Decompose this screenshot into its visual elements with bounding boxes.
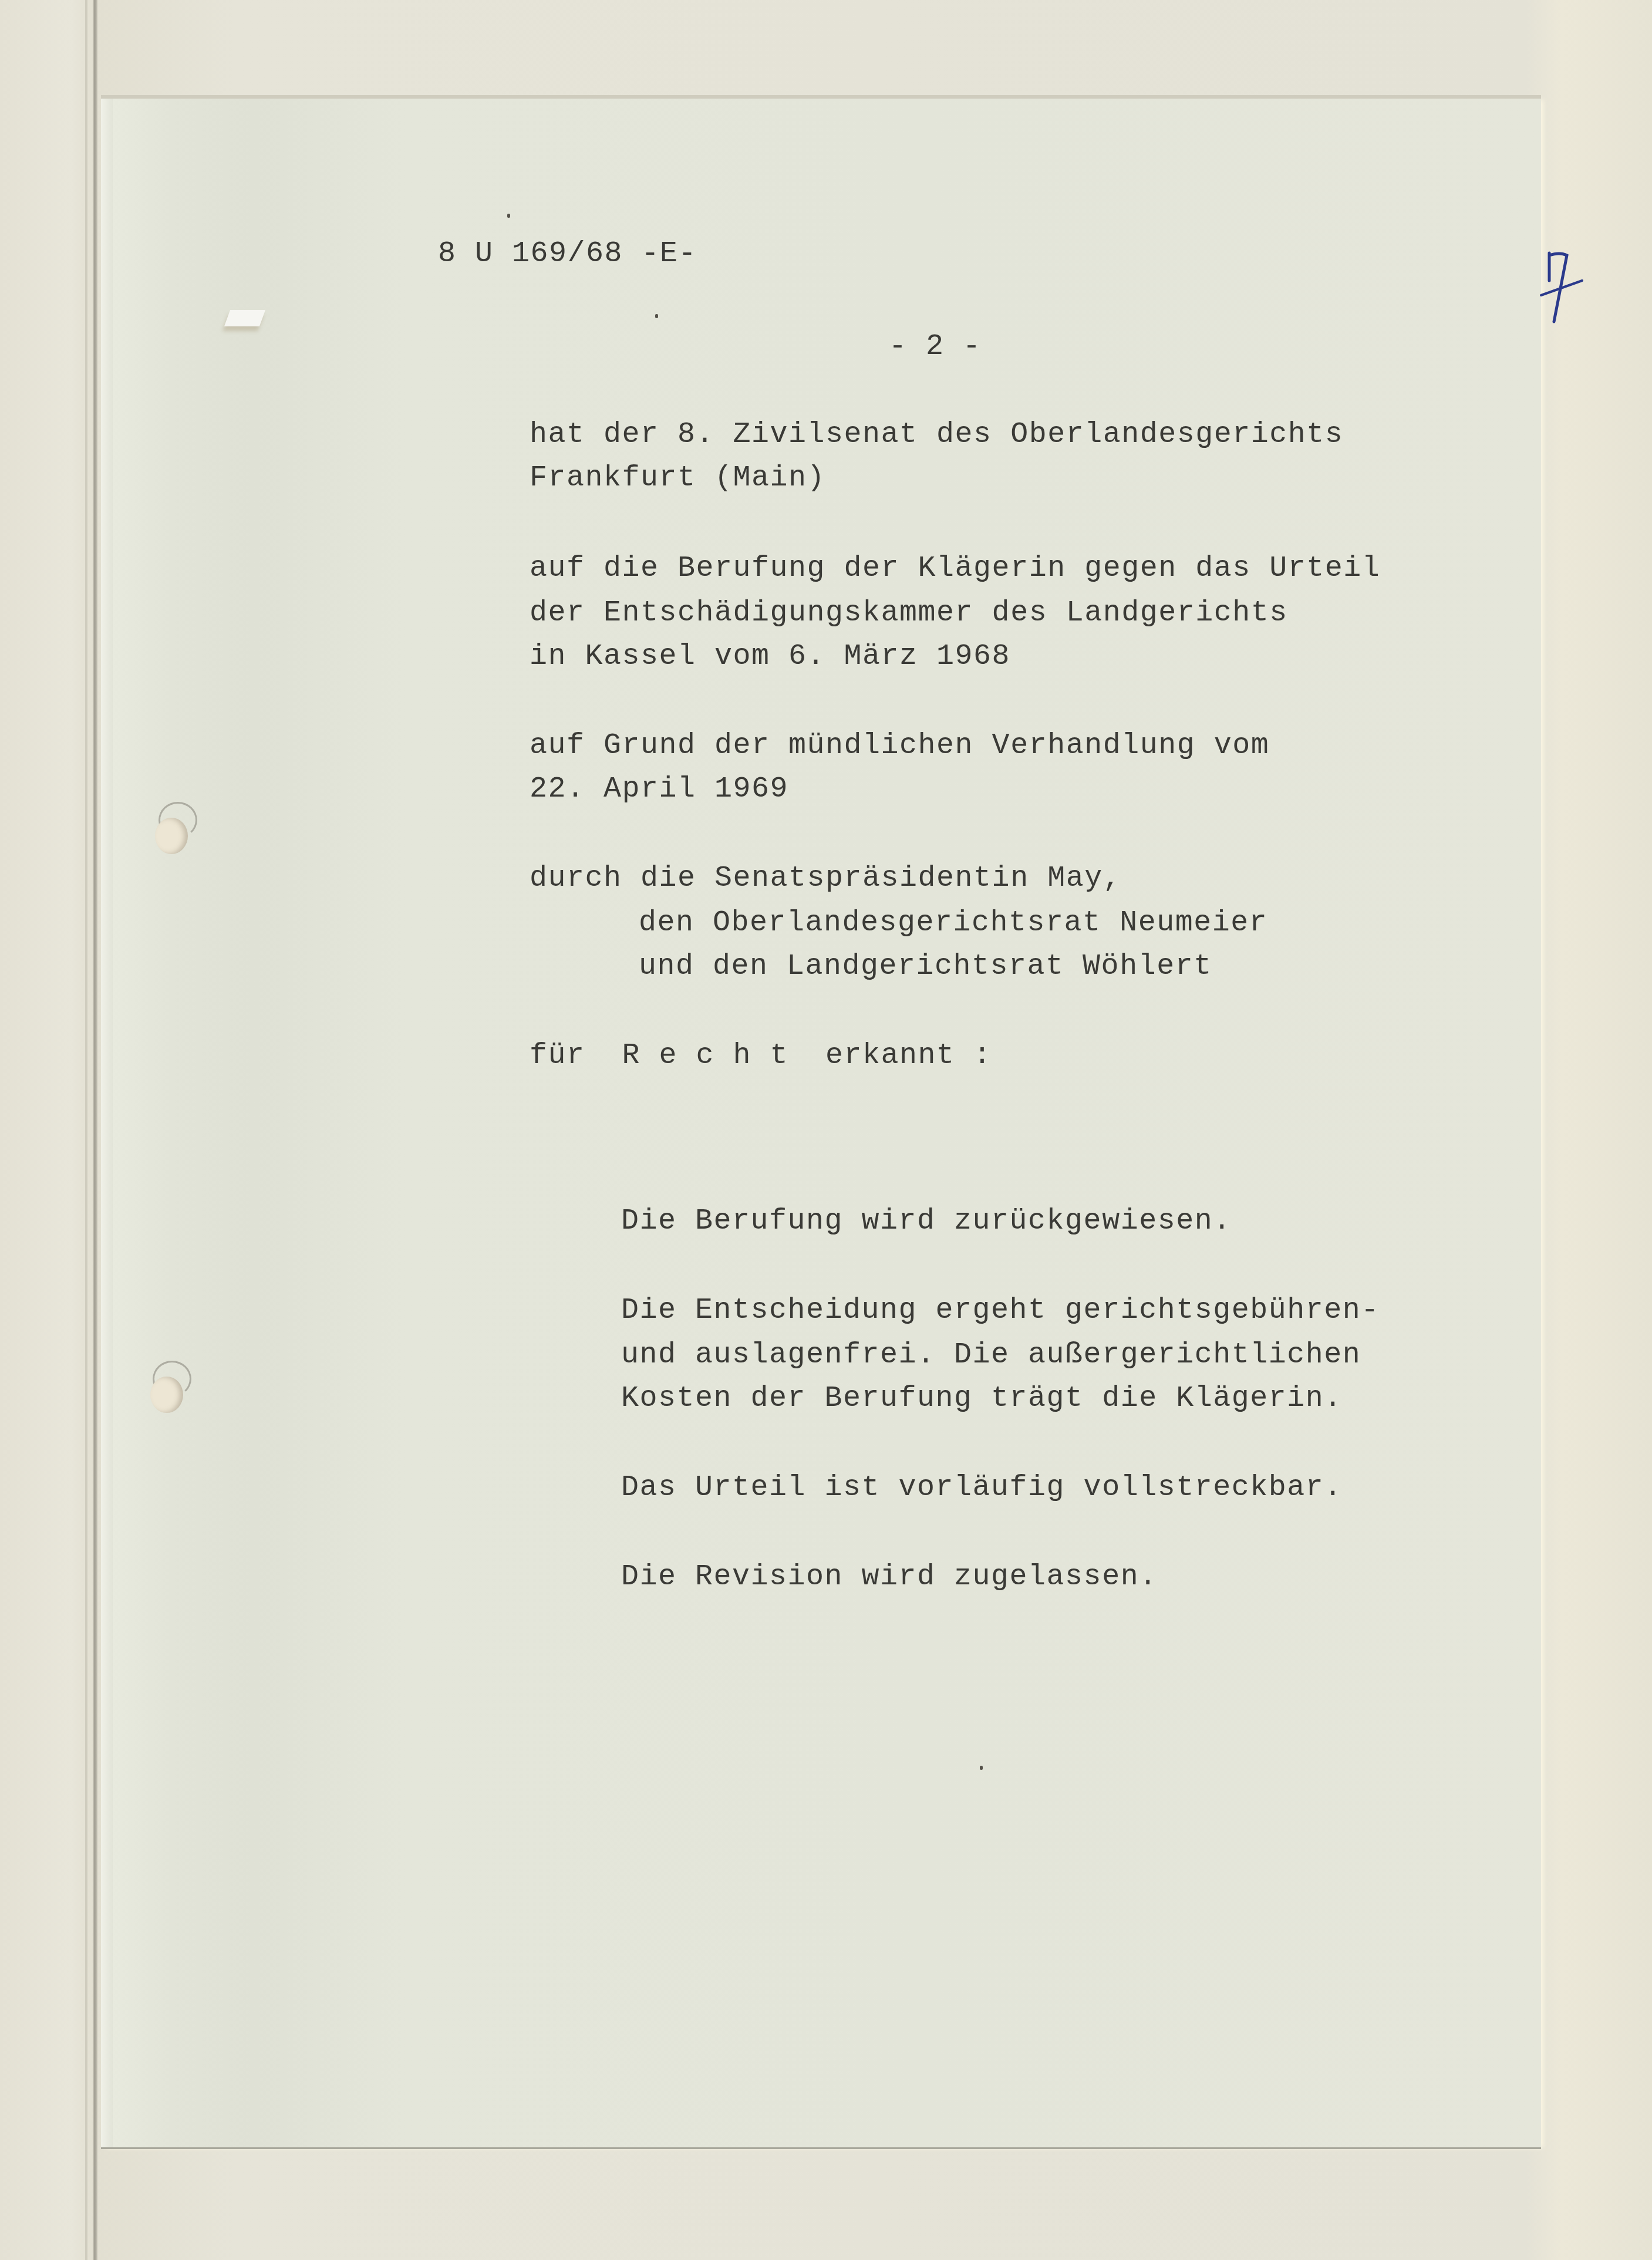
verdict-heading: für R e c h t erkannt : <box>530 1041 992 1071</box>
court-intro-line-1: hat der 8. Zivilsenat des Oberlandesgeri… <box>530 420 1343 450</box>
appeal-clause-line-2: der Entschädigungskammer des Landgericht… <box>530 599 1288 628</box>
judges-clause-line-1: durch die Senatspräsidentin May, <box>530 864 1121 893</box>
ruling-costs-line-3: Kosten der Berufung trägt die Klägerin. <box>621 1384 1343 1414</box>
punch-hole-upper <box>155 818 188 854</box>
handwritten-folio-number <box>1536 248 1589 325</box>
hearing-clause-line-2: 22. April 1969 <box>530 775 788 804</box>
appeal-clause-line-3: in Kassel vom 6. März 1968 <box>530 642 1010 672</box>
hearing-clause-line-1: auf Grund der mündlichen Verhandlung vom <box>530 731 1269 761</box>
ruling-appeal-rejected: Die Berufung wird zurückgewiesen. <box>621 1207 1232 1236</box>
ink-speck <box>507 214 510 218</box>
judges-clause-line-2: den Oberlandesgerichtsrat Neumeier <box>639 909 1267 938</box>
court-intro-line-2: Frankfurt (Main) <box>530 464 825 493</box>
page-edge <box>101 99 113 2147</box>
document-page: 8 U 169/68 -E- - 2 - hat der 8. Zivilsen… <box>101 99 1541 2149</box>
punch-hole-lower <box>150 1377 183 1413</box>
ruling-costs-line-2: und auslagenfrei. Die außergerichtlichen <box>621 1341 1361 1370</box>
judges-clause-line-3: und den Landgerichtsrat Wöhlert <box>639 952 1212 981</box>
ink-speck <box>980 1766 983 1770</box>
ruling-costs-line-1: Die Entscheidung ergeht gerichtsgebühren… <box>621 1296 1380 1325</box>
binder-spine <box>93 0 97 2260</box>
paper-tear <box>224 310 265 326</box>
ruling-revision: Die Revision wird zugelassen. <box>621 1563 1158 1592</box>
case-number: 8 U 169/68 -E- <box>438 240 697 269</box>
appeal-clause-line-1: auf die Berufung der Klägerin gegen das … <box>530 554 1380 583</box>
page-number: - 2 - <box>889 332 982 362</box>
ruling-enforceable: Das Urteil ist vorläufig vollstreckbar. <box>621 1473 1343 1503</box>
binder-edge <box>85 0 87 2260</box>
ink-speck <box>655 314 658 318</box>
